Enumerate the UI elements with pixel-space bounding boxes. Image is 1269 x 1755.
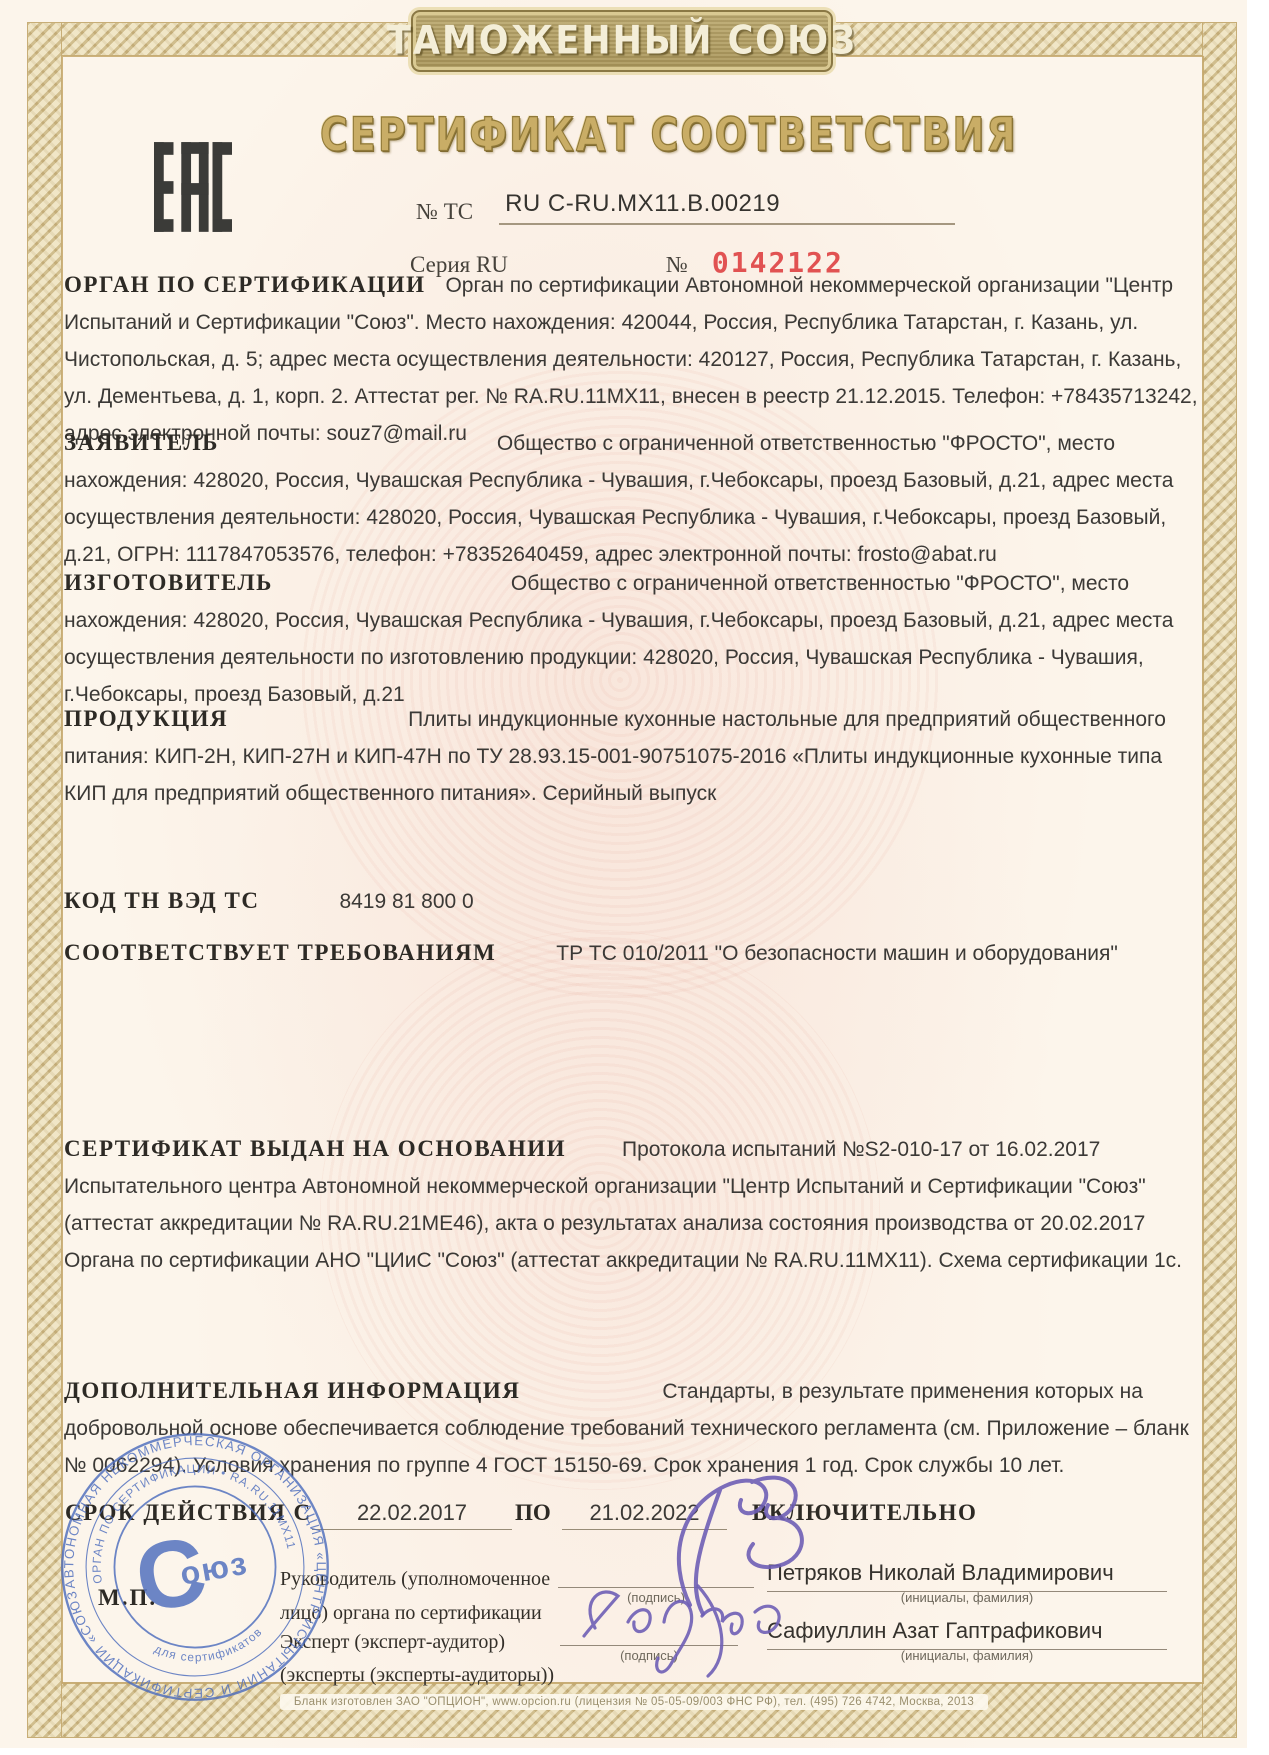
blank-manufacturer-note-text: Бланк изготовлен ЗАО "ОПЦИОН", www.opcio… <box>280 1694 988 1710</box>
svg-text:для сертификатов: для сертификатов <box>150 1623 268 1673</box>
frame-border-right <box>1202 22 1237 1738</box>
section-complies-with-label: СООТВЕТСТВУЕТ ТРЕБОВАНИЯМ <box>64 940 496 965</box>
signature-2 <box>584 1592 618 1636</box>
certificate-number-value: RU C-RU.MX11.B.00219 <box>499 190 955 225</box>
eac-mark-icon <box>154 142 232 232</box>
customs-union-badge-label: ТАМОЖЕННЫЙ СОЮЗ <box>387 19 857 64</box>
section-products-text: Плиты индукционные кухонные настольные д… <box>64 708 1166 805</box>
section-tnved-code-label: КОД ТН ВЭД ТС <box>64 888 259 913</box>
validity-date-from: 22.02.2017 <box>312 1500 512 1530</box>
section-products-label: ПРОДУКЦИЯ <box>64 706 228 731</box>
section-issued-on-basis: СЕРТИФИКАТ ВЫДАН НА ОСНОВАНИИПротокола и… <box>64 1130 1206 1279</box>
section-complies-with: СООТВЕТСТВУЕТ ТРЕБОВАНИЯМТР ТС 010/2011 … <box>64 934 1206 972</box>
stamp-bottom-ring-text: для сертификатов <box>150 1623 268 1673</box>
section-issued-on-basis-label: СЕРТИФИКАТ ВЫДАН НА ОСНОВАНИИ <box>64 1136 566 1161</box>
certificate-page: ТАМОЖЕННЫЙ СОЮЗ СЕРТИФИКАТ СООТВЕТСТВИЯ … <box>0 0 1269 1755</box>
section-applicant-text: Общество с ограниченной ответственностью… <box>64 432 1173 566</box>
scanned-sheet: ТАМОЖЕННЫЙ СОЮЗ СЕРТИФИКАТ СООТВЕТСТВИЯ … <box>0 0 1247 1748</box>
page-title-text: СЕРТИФИКАТ СООТВЕТСТВИЯ <box>320 108 1018 162</box>
section-applicant: ЗАЯВИТЕЛЬОбщество с ограниченной ответст… <box>64 424 1206 573</box>
section-manufacturer: ИЗГОТОВИТЕЛЬОбщество с ограниченной отве… <box>64 564 1206 713</box>
section-manufacturer-label: ИЗГОТОВИТЕЛЬ <box>64 570 273 595</box>
section-applicant-label: ЗАЯВИТЕЛЬ <box>64 430 219 455</box>
section-certification-body-label: ОРГАН ПО СЕРТИФИКАЦИИ <box>64 272 425 297</box>
page-title: СЕРТИФИКАТ СООТВЕТСТВИЯ <box>320 108 880 152</box>
section-complies-with-text: ТР ТС 010/2011 "О безопасности машин и о… <box>556 942 1118 965</box>
handwritten-signatures <box>540 1360 1020 1690</box>
certification-body-stamp: АВТОНОМНАЯ НЕКОММЕРЧЕСКАЯ ОРГАНИЗАЦИЯ «Ц… <box>20 1392 370 1742</box>
certificate-number-row: № ТС RU C-RU.MX11.B.00219 <box>416 190 955 225</box>
section-tnved-code-value: 8419 81 800 0 <box>339 890 473 913</box>
customs-union-badge: ТАМОЖЕННЫЙ СОЮЗ <box>411 10 833 72</box>
certificate-number-label: № ТС <box>416 199 473 225</box>
section-products: ПРОДУКЦИЯПлиты индукционные кухонные нас… <box>64 700 1206 812</box>
section-certification-body-text: Орган по сертификации Автономной некомме… <box>64 274 1198 445</box>
section-tnved-code: КОД ТН ВЭД ТС8419 81 800 0 <box>64 882 1206 920</box>
